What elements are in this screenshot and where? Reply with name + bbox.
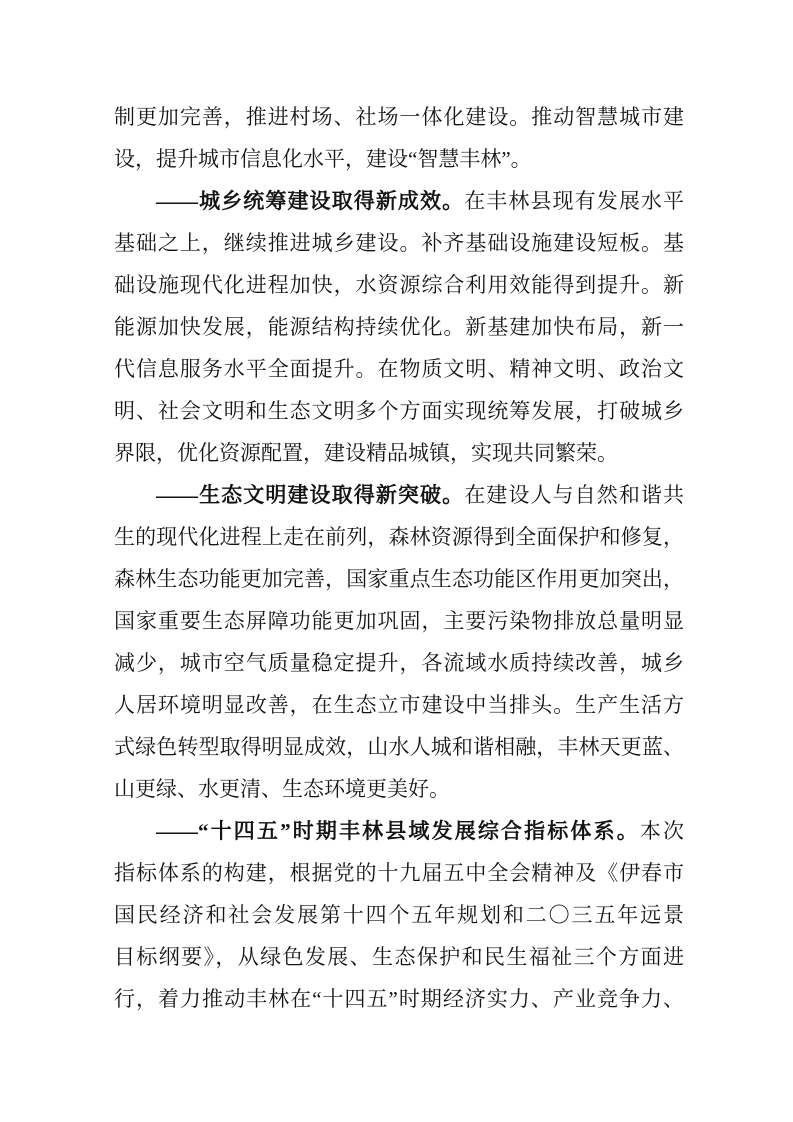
text-line: 减少，城市空气质量稳定提升，各流域水质持续改善，城乡 <box>114 642 684 684</box>
text-line: 基础之上，继续推进城乡建设。补齐基础设施建设短板。基 <box>114 222 684 264</box>
text-line: 行，着力推动丰林在“十四五”时期经济实力、产业竞争力、 <box>114 978 684 1020</box>
text-line: 代信息服务水平全面提升。在物质文明、精神文明、政治文 <box>114 348 684 390</box>
document-page: 制更加完善，推进村场、社场一体化建设。推动智慧城市建 设，提升城市信息化水平，建… <box>114 96 684 1020</box>
text-line: 森林生态功能更加完善，国家重点生态功能区作用更加突出， <box>114 558 684 600</box>
paragraph-indicator-system: ——“十四五”时期丰林县域发展综合指标体系。本次 指标体系的构建，根据党的十九届… <box>114 810 684 1020</box>
text-line: 人居环境明显改善，在生态立市建设中当排头。生产生活方 <box>114 684 684 726</box>
paragraph-urban-rural: ——城乡统筹建设取得新成效。在丰林县现有发展水平 基础之上，继续推进城乡建设。补… <box>114 180 684 474</box>
text-line: 制更加完善，推进村场、社场一体化建设。推动智慧城市建 <box>114 96 684 138</box>
text-line: ——“十四五”时期丰林县域发展综合指标体系。本次 <box>114 810 684 852</box>
text-line: 山更绿、水更清、生态环境更美好。 <box>114 768 684 810</box>
text-line: 明、社会文明和生态文明多个方面实现统筹发展，打破城乡 <box>114 390 684 432</box>
text-line: ——城乡统筹建设取得新成效。在丰林县现有发展水平 <box>114 180 684 222</box>
paragraph-eco-civilization: ——生态文明建设取得新突破。在建设人与自然和谐共 生的现代化进程上走在前列，森林… <box>114 474 684 810</box>
text-line: 国民经济和社会发展第十四个五年规划和二〇三五年远景 <box>114 894 684 936</box>
paragraph-text: 在丰林县现有发展水平 <box>464 189 684 213</box>
text-line: 目标纲要》，从绿色发展、生态保护和民生福祉三个方面进 <box>114 936 684 978</box>
paragraph-heading: ——生态文明建设取得新突破。 <box>156 483 464 507</box>
text-line: 生的现代化进程上走在前列，森林资源得到全面保护和修复， <box>114 516 684 558</box>
text-line: 础设施现代化进程加快，水资源综合利用效能得到提升。新 <box>114 264 684 306</box>
paragraph-continued: 制更加完善，推进村场、社场一体化建设。推动智慧城市建 设，提升城市信息化水平，建… <box>114 96 684 180</box>
text-line: 国家重要生态屏障功能更加巩固，主要污染物排放总量明显 <box>114 600 684 642</box>
text-line: 界限，优化资源配置，建设精品城镇，实现共同繁荣。 <box>114 432 684 474</box>
paragraph-heading: ——“十四五”时期丰林县域发展综合指标体系。 <box>156 819 640 843</box>
text-line: ——生态文明建设取得新突破。在建设人与自然和谐共 <box>114 474 684 516</box>
text-line: 指标体系的构建，根据党的十九届五中全会精神及《伊春市 <box>114 852 684 894</box>
text-line: 式绿色转型取得明显成效，山水人城和谐相融，丰林天更蓝、 <box>114 726 684 768</box>
paragraph-heading: ——城乡统筹建设取得新成效。 <box>156 189 464 213</box>
paragraph-text: 在建设人与自然和谐共 <box>464 483 684 507</box>
paragraph-text: 本次 <box>640 819 684 843</box>
text-line: 设，提升城市信息化水平，建设“智慧丰林”。 <box>114 138 684 180</box>
text-line: 能源加快发展，能源结构持续优化。新基建加快布局，新一 <box>114 306 684 348</box>
